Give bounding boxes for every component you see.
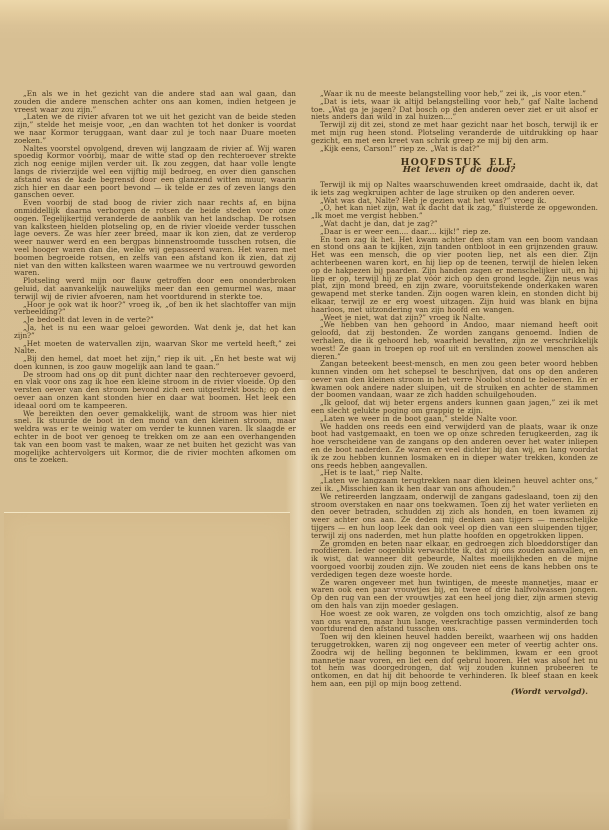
paragraph: Ze gromden en beten naar elkaar, en gedr… — [311, 540, 598, 579]
paragraph: „Bij den hemel, dat moet het zijn,” riep… — [14, 355, 296, 371]
paragraph: Even voorbij de stad boog de rivier zich… — [14, 199, 296, 277]
paragraph: Zangan beteekent beest-mensch, en men zo… — [311, 360, 598, 399]
paragraph: Terwijl ik mij op Naltes waarschuwenden … — [311, 181, 598, 197]
paragraph: We hadden ons reeds een eind verwijderd … — [311, 423, 598, 470]
continuation-note: (Wordt vervolgd). — [311, 688, 598, 696]
paragraph: „Het moeten de watervallen zijn, waarvan… — [14, 340, 296, 356]
paragraph: „En als we in het gezicht van die andere… — [14, 90, 296, 113]
paragraph: Plotseling werd mijn oor flauw getroffen… — [14, 277, 296, 300]
paragraph: Naltes voorstel opvolgend, dreven wij la… — [14, 145, 296, 200]
chapter-heading-block: HOOFDSTUK ELF. Het leven of de dood? — [311, 159, 598, 175]
paragraph: We retireerden langzaam, onderwijl de za… — [311, 493, 598, 540]
paragraph: Toen wij den kleinen heuvel hadden berei… — [311, 633, 598, 688]
paragraph: Ze waren ongeveer met hun twintigen, de … — [311, 579, 598, 610]
paragraph: „Hoor je ook wat ik hoor?” vroeg ik, „of… — [14, 301, 296, 317]
paragraph: We bereikten den oever gemakkelijk, want… — [14, 410, 296, 465]
blank-illustration-panel — [4, 512, 290, 819]
paragraph: Hoe woest ze ook waren, ze volgden ons t… — [311, 610, 598, 633]
paragraph: Terwijl zij dit zei, stond ze met haar g… — [311, 121, 598, 144]
chapter-subtitle: Het leven of de dood? — [311, 167, 598, 175]
paragraph: „Ik geloof, dat wij beter ergens anders … — [311, 399, 598, 415]
paragraph: „O, het kan niet zijn, wat ik dacht dat … — [311, 204, 598, 220]
paragraph: En toen zag ik het. Het kwam achter den … — [311, 236, 598, 314]
paragraph: „Laten we de rivier afvaren tot we uit h… — [14, 113, 296, 144]
paragraph: „Kijk eens, Carson!” riep ze. „Wat is da… — [311, 145, 598, 153]
paragraph: „We hebben van hen gehoord in Andoo, maa… — [311, 321, 598, 360]
right-column: „Waar ik nu de meeste belangstelling voo… — [311, 90, 598, 696]
paragraph: „Dat is iets, waar ik altijd belangstell… — [311, 98, 598, 121]
paragraph: De stroom had ons op dit punt dichter na… — [14, 371, 296, 410]
paragraph: „Ja, het is nu een waar geloei geworden.… — [14, 324, 296, 340]
scanned-page: „En als we in het gezicht van die andere… — [0, 0, 609, 830]
left-column: „En als we in het gezicht van die andere… — [14, 90, 296, 464]
paragraph: „Laten we langzaam terugtrekken naar die… — [311, 477, 598, 493]
